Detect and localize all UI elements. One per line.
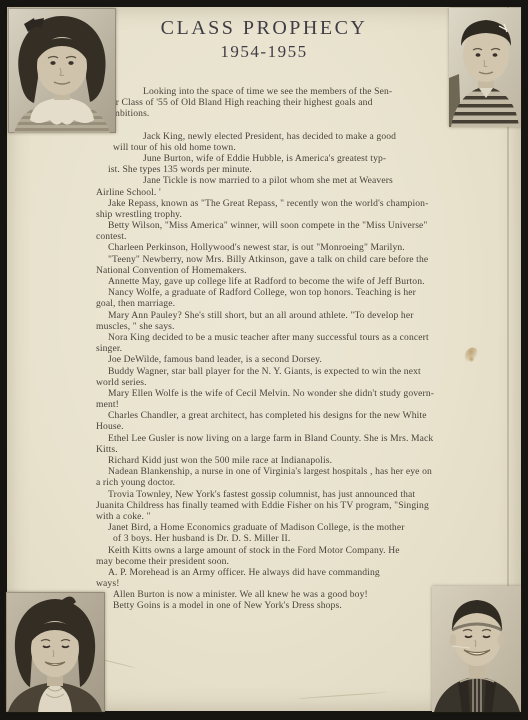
prophecy-line: Trovia Townley, New York's fastest gossi… bbox=[108, 489, 468, 500]
prophecy-line: A. P. Morehead is an Army officer. He al… bbox=[108, 567, 468, 578]
prophecy-line: ship wrestling trophy. bbox=[96, 209, 468, 220]
prophecy-line: will tour of his old home town. bbox=[113, 142, 468, 153]
prophecy-line: Richard Kidd just won the 500 mile race … bbox=[108, 455, 468, 466]
prophecy-line: ways! bbox=[96, 578, 468, 589]
prophecy-line: contest. bbox=[96, 231, 468, 242]
prophecy-line: "Teeny" Newberry, now Mrs. Billy Atkinso… bbox=[108, 254, 468, 265]
prophecy-line: Looking into the space of time we see th… bbox=[143, 86, 468, 97]
boy-portrait-graphic bbox=[432, 586, 521, 712]
photo-bottom-left-girl bbox=[6, 592, 105, 712]
prophecy-line: Nancy Wolfe, a graduate of Radford Colle… bbox=[108, 287, 468, 298]
prophecy-line: ambitions. bbox=[108, 108, 468, 119]
prophecy-line: Allen Burton is now a minister. We all k… bbox=[113, 589, 468, 600]
prophecy-line: Juanita Childress has finally teamed wit… bbox=[96, 500, 468, 511]
prophecy-line: Mary Ellen Wolfe is the wife of Cecil Me… bbox=[108, 388, 468, 399]
prophecy-line: Jake Repass, known as "The Great Repass,… bbox=[108, 198, 468, 209]
prophecy-line: Mary Ann Pauley? She's still short, but … bbox=[108, 310, 468, 321]
prophecy-line: ist. She types 135 words per minute. bbox=[108, 164, 468, 175]
prophecy-line: June Burton, wife of Eddie Hubble, is Am… bbox=[143, 153, 468, 164]
prophecy-line: Charleen Perkinson, Hollywood's newest s… bbox=[108, 242, 468, 253]
scanned-yearbook-page: CLASS PROPHECY 1954-1955 Looking into th… bbox=[0, 0, 528, 720]
girl-portrait-graphic bbox=[6, 592, 105, 712]
prophecy-line: Betty Goins is a model in one of New Yor… bbox=[113, 600, 468, 611]
boy-portrait-graphic bbox=[449, 8, 521, 127]
prophecy-line: Janet Bird, a Home Economics graduate of… bbox=[108, 522, 468, 533]
prophecy-line: goal, then marriage. bbox=[96, 298, 468, 309]
photo-top-right-boy bbox=[449, 8, 521, 127]
prophecy-line: Jack King, newly elected President, has … bbox=[143, 131, 468, 142]
prophecy-line: Nora King decided to be a music teacher … bbox=[108, 332, 468, 343]
photo-bottom-right-boy bbox=[432, 586, 521, 712]
prophecy-line: with a coke. " bbox=[96, 511, 468, 522]
prophecy-line: National Convention of Homemakers. bbox=[96, 265, 468, 276]
prophecy-line: Buddy Wagner, star ball player for the N… bbox=[108, 366, 468, 377]
prophecy-line: world series. bbox=[96, 377, 468, 388]
prophecy-line: Ethel Lee Gusler is now living on a larg… bbox=[108, 433, 468, 444]
prophecy-line: Jane Tickle is now married to a pilot wh… bbox=[143, 175, 468, 186]
prophecy-line: muscles, " she says. bbox=[96, 321, 468, 332]
prophecy-line: singer. bbox=[96, 343, 468, 354]
prophecy-line: Charles Chandler, a great architect, has… bbox=[108, 410, 468, 421]
photo-top-left-girl bbox=[8, 8, 116, 133]
prophecy-line: Joe DeWilde, famous band leader, is a se… bbox=[108, 354, 468, 365]
prophecy-line: Annette May, gave up college life at Rad… bbox=[108, 276, 468, 287]
prophecy-line: may become their president soon. bbox=[96, 556, 468, 567]
prophecy-line: Keith Kitts owns a large amount of stock… bbox=[108, 545, 468, 556]
paper-crease bbox=[297, 692, 387, 699]
prophecy-line: ment! bbox=[96, 399, 468, 410]
prophecy-line: Nadean Blankenship, a nurse in one of Vi… bbox=[108, 466, 468, 477]
prophecy-line: Betty Wilson, "Miss America" winner, wil… bbox=[108, 220, 468, 231]
prophecy-line: ior Class of '55 of Old Bland High reach… bbox=[108, 97, 468, 108]
prophecy-line: a rich young doctor. bbox=[96, 477, 468, 488]
prophecy-line: Kitts. bbox=[96, 444, 468, 455]
prophecy-line: House. bbox=[96, 421, 468, 432]
prophecy-line: Airline School. ' bbox=[96, 187, 468, 198]
girl-portrait-graphic bbox=[8, 8, 116, 133]
prophecy-line: of 3 boys. Her husband is Dr. D. S. Mill… bbox=[113, 533, 468, 544]
prophecy-text: Looking into the space of time we see th… bbox=[96, 86, 468, 612]
